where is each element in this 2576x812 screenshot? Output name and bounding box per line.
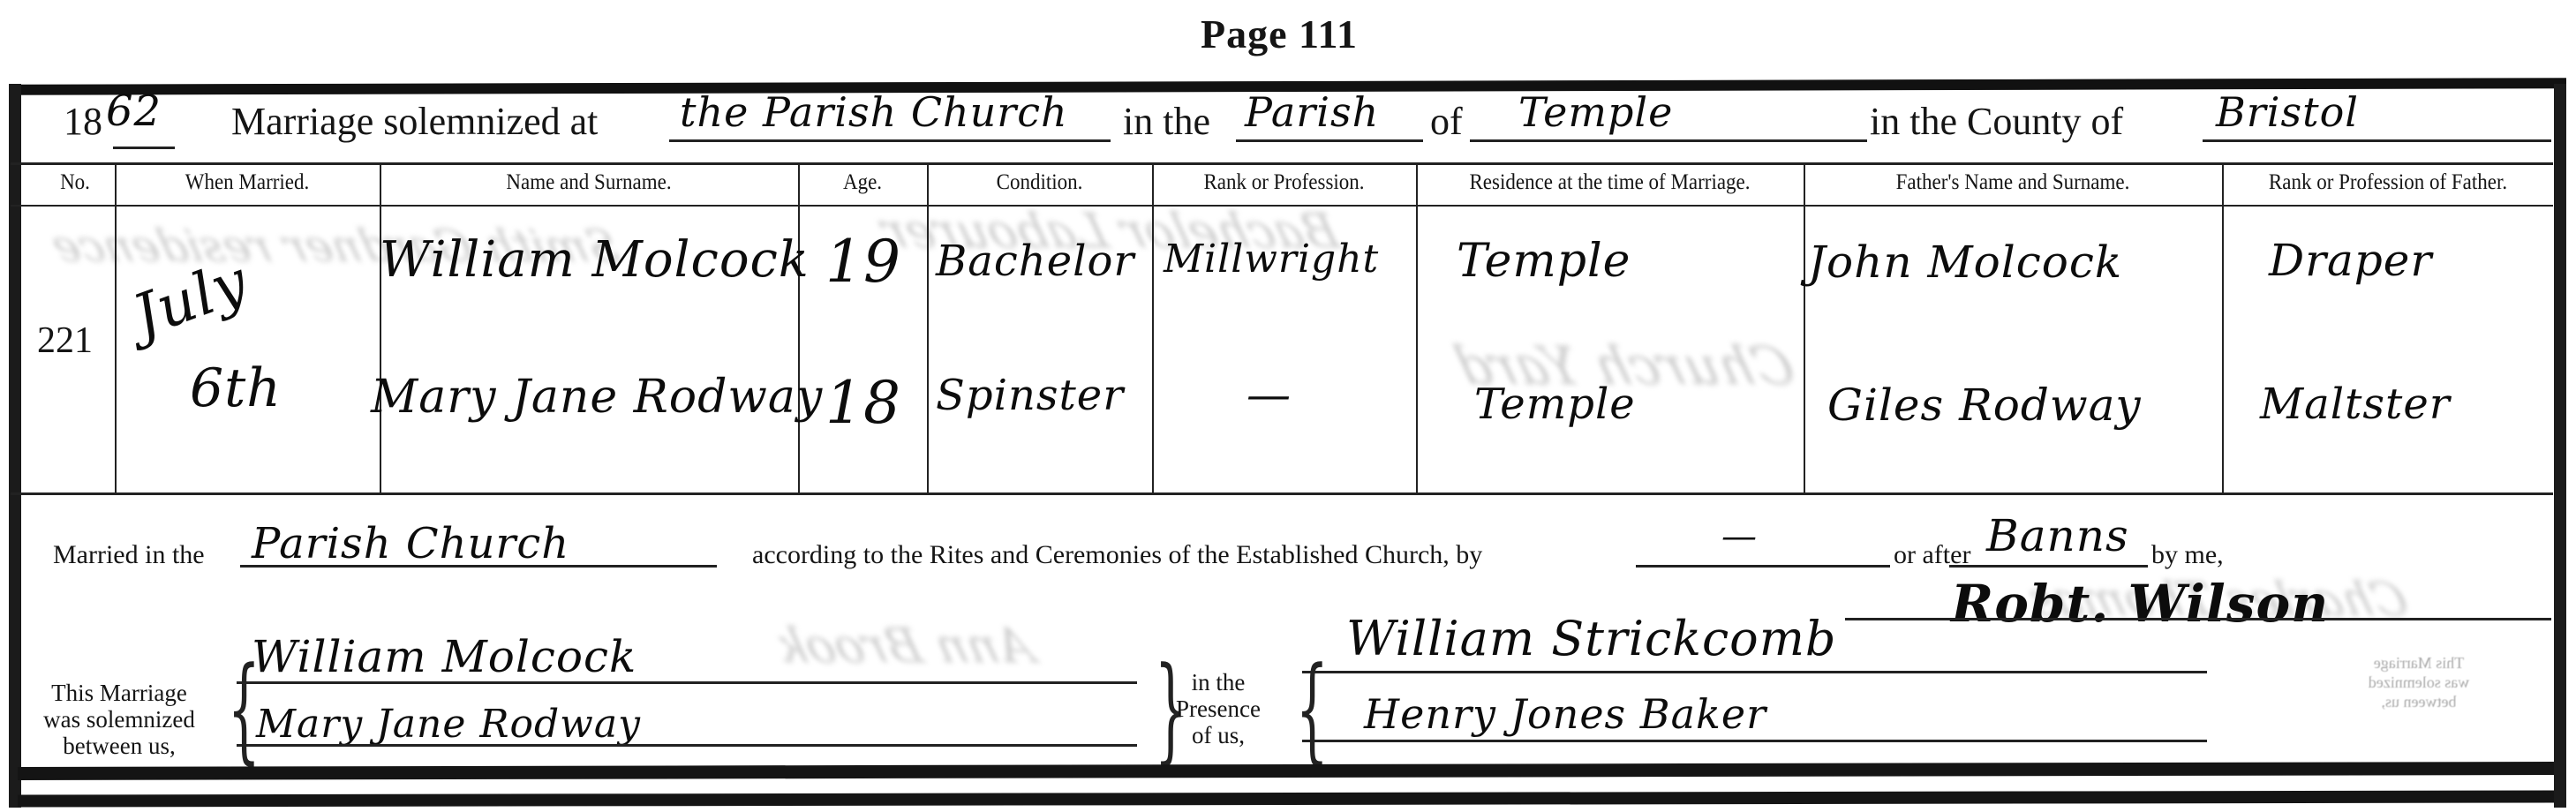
place-value: the Parish Church: [680, 88, 1068, 136]
header-name-and-surname: Name and Surname.: [398, 170, 780, 195]
witness-1-signature: William Strickcomb: [1346, 611, 1836, 666]
presence-label: in the Presence of us,: [1170, 669, 1267, 748]
column-divider: [1416, 162, 1418, 492]
bride-name: Mary Jane Rodway: [371, 371, 823, 424]
bottom-heavy-rule-2: [18, 790, 2554, 807]
rites-text: according to the Rites and Ceremonies of…: [752, 540, 1482, 570]
table-bottom-rule: [11, 492, 2553, 495]
bleed-through-label: This Marriage was solemnized between us,: [2348, 653, 2489, 711]
header-bottom-rule: [11, 205, 2553, 207]
married-in-blank-line: [240, 565, 717, 568]
column-divider: [927, 162, 929, 492]
after-value: Banns: [1986, 510, 2129, 561]
column-divider: [380, 162, 381, 492]
bride-residence: Temple: [1474, 380, 1636, 429]
in-the-label: in the: [1123, 99, 1210, 144]
of-label: of: [1430, 99, 1463, 144]
header-number: No.: [47, 170, 103, 195]
between-us-label: This Marriage was solemnized between us,: [35, 680, 203, 759]
table-top-rule: [11, 162, 2553, 165]
witness-1-line: [1302, 671, 2207, 673]
by-blank-line: [1636, 565, 1890, 568]
bride-age: 18: [825, 369, 901, 437]
married-in-value: Parish Church: [252, 519, 569, 568]
bride-profession: —: [1247, 369, 1292, 420]
header-condition: Condition.: [938, 170, 1141, 195]
groom-signature: William Molcock: [252, 631, 636, 682]
year-printed-prefix: 18: [64, 99, 102, 144]
by-me-label: by me,: [2151, 540, 2224, 570]
bride-father-name: Giles Rodway: [1827, 380, 2142, 431]
witness-brace: {: [1296, 651, 1329, 766]
district-type-value: Parish: [1245, 88, 1379, 136]
bottom-heavy-rule: [18, 762, 2554, 780]
column-divider: [1804, 162, 1805, 492]
column-divider: [2222, 162, 2224, 492]
groom-signature-line: [237, 681, 1137, 684]
page-number: Page 111: [1201, 11, 1358, 57]
bride-signature-line: [237, 744, 1137, 747]
district-type-blank-line: [1236, 139, 1423, 142]
frame-left-border: [9, 84, 21, 808]
groom-age: 19: [825, 228, 901, 296]
column-divider: [1152, 162, 1154, 492]
when-married-day: 6th: [190, 357, 282, 419]
bleed-through-ghost-text: Ann Brook: [770, 618, 1040, 673]
header-rank-or-profession: Rank or Profession.: [1164, 170, 1404, 195]
year-blank-line: [113, 147, 175, 149]
place-blank-line: [669, 139, 1111, 142]
by-value: —: [1721, 516, 1758, 557]
married-in-label: Married in the: [53, 540, 205, 570]
bride-condition: Spinster: [936, 371, 1124, 420]
groom-father-profession: Draper: [2269, 235, 2432, 286]
groom-name: William Molcock: [380, 231, 810, 289]
after-blank-line: [1949, 565, 2148, 568]
header-father-name: Father's Name and Surname.: [1822, 170, 2203, 195]
groom-residence: Temple: [1457, 235, 1631, 288]
header-age: Age.: [805, 170, 921, 195]
county-label: in the County of: [1870, 99, 2123, 144]
frame-right-border: [2554, 84, 2566, 808]
bride-signature: Mary Jane Rodway: [256, 702, 641, 747]
entry-number: 221: [37, 320, 93, 362]
bride-father-profession: Maltster: [2260, 380, 2451, 429]
header-residence: Residence at the time of Marriage.: [1433, 170, 1786, 195]
district-name-value: Temple: [1518, 88, 1673, 136]
district-name-blank-line: [1470, 139, 1867, 142]
year-handwritten-suffix: 62: [106, 86, 162, 136]
officiant-signature: Robt. Wilson: [1951, 574, 2329, 634]
column-divider: [115, 162, 117, 492]
title-text: Marriage solemnized at: [231, 99, 598, 144]
witness-2-line: [1302, 740, 2207, 742]
officiant-blank-line: [1845, 618, 2551, 620]
witness-2-signature: Henry Jones Baker: [1364, 690, 1766, 738]
header-when-married: When Married.: [127, 170, 367, 195]
county-blank-line: [2203, 139, 2551, 142]
groom-condition: Bachelor: [936, 237, 1134, 286]
column-divider: [798, 162, 800, 492]
groom-profession: Millwright: [1164, 237, 1379, 282]
county-name-value: Bristol: [2216, 88, 2359, 136]
header-father-profession: Rank or Profession of Father.: [2237, 170, 2539, 195]
groom-father-name: John Molcock: [1808, 237, 2122, 288]
